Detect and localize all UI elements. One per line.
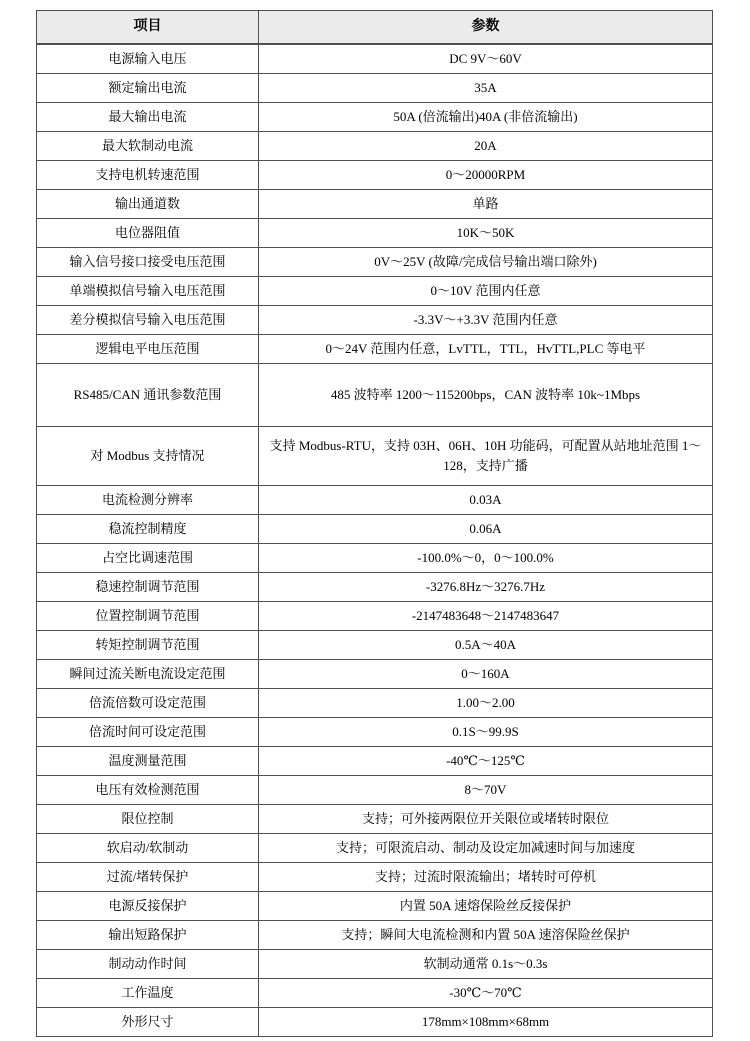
item-cell: 瞬间过流关断电流设定范围 bbox=[37, 660, 259, 689]
item-cell: 温度测量范围 bbox=[37, 747, 259, 776]
table-row: 最大输出电流50A (倍流输出)40A (非倍流输出) bbox=[37, 103, 713, 132]
value-cell: 支持；可外接两限位开关限位或堵转时限位 bbox=[259, 805, 713, 834]
table-row: 软启动/软制动支持；可限流启动、制动及设定加减速时间与加速度 bbox=[37, 834, 713, 863]
value-cell: DC 9V～60V bbox=[259, 44, 713, 74]
value-cell: 软制动通常 0.1s～0.3s bbox=[259, 950, 713, 979]
table-row: 电源反接保护内置 50A 速熔保险丝反接保护 bbox=[37, 892, 713, 921]
table-row: 限位控制支持；可外接两限位开关限位或堵转时限位 bbox=[37, 805, 713, 834]
item-cell: 输入信号接口接受电压范围 bbox=[37, 248, 259, 277]
item-cell: 输出通道数 bbox=[37, 190, 259, 219]
item-cell: 额定输出电流 bbox=[37, 74, 259, 103]
table-row: 单端模拟信号输入电压范围0～10V 范围内任意 bbox=[37, 277, 713, 306]
table-row: 稳流控制精度0.06A bbox=[37, 515, 713, 544]
item-cell: 电流检测分辨率 bbox=[37, 486, 259, 515]
spec-table: 项目 参数 电源输入电压DC 9V～60V额定输出电流35A最大输出电流50A … bbox=[36, 10, 713, 1037]
item-cell: 制动动作时间 bbox=[37, 950, 259, 979]
table-row: 工作温度-30℃～70℃ bbox=[37, 979, 713, 1008]
item-cell: 转矩控制调节范围 bbox=[37, 631, 259, 660]
table-row: 对 Modbus 支持情况支持 Modbus-RTU，支持 03H、06H、10… bbox=[37, 427, 713, 486]
table-row: 稳速控制调节范围-3276.8Hz～3276.7Hz bbox=[37, 573, 713, 602]
table-row: 输出通道数单路 bbox=[37, 190, 713, 219]
value-cell: 0.5A～40A bbox=[259, 631, 713, 660]
table-row: 制动动作时间软制动通常 0.1s～0.3s bbox=[37, 950, 713, 979]
value-cell: 0.03A bbox=[259, 486, 713, 515]
table-row: 电源输入电压DC 9V～60V bbox=[37, 44, 713, 74]
item-cell: 电压有效检测范围 bbox=[37, 776, 259, 805]
value-cell: 内置 50A 速熔保险丝反接保护 bbox=[259, 892, 713, 921]
table-row: 额定输出电流35A bbox=[37, 74, 713, 103]
item-cell: 工作温度 bbox=[37, 979, 259, 1008]
value-cell: 0.1S～99.9S bbox=[259, 718, 713, 747]
item-cell: 单端模拟信号输入电压范围 bbox=[37, 277, 259, 306]
item-cell: 输出短路保护 bbox=[37, 921, 259, 950]
table-row: 外形尺寸178mm×108mm×68mm bbox=[37, 1008, 713, 1037]
table-row: 温度测量范围-40℃～125℃ bbox=[37, 747, 713, 776]
header-row: 项目 参数 bbox=[37, 11, 713, 45]
table-row: 瞬间过流关断电流设定范围0～160A bbox=[37, 660, 713, 689]
value-cell: -100.0%～0，0～100.0% bbox=[259, 544, 713, 573]
value-cell: 0～20000RPM bbox=[259, 161, 713, 190]
table-row: 电压有效检测范围8～70V bbox=[37, 776, 713, 805]
item-cell: 电位器阻值 bbox=[37, 219, 259, 248]
value-cell: 50A (倍流输出)40A (非倍流输出) bbox=[259, 103, 713, 132]
value-cell: 0～160A bbox=[259, 660, 713, 689]
value-cell: 支持；可限流启动、制动及设定加减速时间与加速度 bbox=[259, 834, 713, 863]
value-cell: 0.06A bbox=[259, 515, 713, 544]
table-row: 位置控制调节范围-2147483648～2147483647 bbox=[37, 602, 713, 631]
value-cell: 10K～50K bbox=[259, 219, 713, 248]
spec-table-body: 电源输入电压DC 9V～60V额定输出电流35A最大输出电流50A (倍流输出)… bbox=[37, 44, 713, 1037]
value-cell: 35A bbox=[259, 74, 713, 103]
item-cell: 对 Modbus 支持情况 bbox=[37, 427, 259, 486]
value-cell: 178mm×108mm×68mm bbox=[259, 1008, 713, 1037]
header-value: 参数 bbox=[259, 11, 713, 45]
item-cell: 软启动/软制动 bbox=[37, 834, 259, 863]
value-cell: -30℃～70℃ bbox=[259, 979, 713, 1008]
value-cell: 支持 Modbus-RTU，支持 03H、06H、10H 功能码，可配置从站地址… bbox=[259, 427, 713, 486]
table-row: 逻辑电平电压范围0～24V 范围内任意，LvTTL，TTL，HvTTL,PLC … bbox=[37, 335, 713, 364]
table-row: 电流检测分辨率0.03A bbox=[37, 486, 713, 515]
item-cell: 电源反接保护 bbox=[37, 892, 259, 921]
item-cell: 稳速控制调节范围 bbox=[37, 573, 259, 602]
item-cell: RS485/CAN 通讯参数范围 bbox=[37, 364, 259, 427]
table-row: 电位器阻值10K～50K bbox=[37, 219, 713, 248]
item-cell: 稳流控制精度 bbox=[37, 515, 259, 544]
table-row: 转矩控制调节范围0.5A～40A bbox=[37, 631, 713, 660]
item-cell: 外形尺寸 bbox=[37, 1008, 259, 1037]
value-cell: 20A bbox=[259, 132, 713, 161]
item-cell: 倍流倍数可设定范围 bbox=[37, 689, 259, 718]
item-cell: 支持电机转速范围 bbox=[37, 161, 259, 190]
value-cell: 0～24V 范围内任意，LvTTL，TTL，HvTTL,PLC 等电平 bbox=[259, 335, 713, 364]
item-cell: 过流/堵转保护 bbox=[37, 863, 259, 892]
table-row: 支持电机转速范围0～20000RPM bbox=[37, 161, 713, 190]
table-row: 最大软制动电流20A bbox=[37, 132, 713, 161]
table-row: RS485/CAN 通讯参数范围485 波特率 1200～115200bps，C… bbox=[37, 364, 713, 427]
item-cell: 占空比调速范围 bbox=[37, 544, 259, 573]
spec-table-head: 项目 参数 bbox=[37, 11, 713, 45]
value-cell: 1.00～2.00 bbox=[259, 689, 713, 718]
table-row: 输出短路保护支持；瞬间大电流检测和内置 50A 速溶保险丝保护 bbox=[37, 921, 713, 950]
header-item: 项目 bbox=[37, 11, 259, 45]
value-cell: 单路 bbox=[259, 190, 713, 219]
item-cell: 逻辑电平电压范围 bbox=[37, 335, 259, 364]
value-cell: 0～10V 范围内任意 bbox=[259, 277, 713, 306]
table-row: 差分模拟信号输入电压范围-3.3V～+3.3V 范围内任意 bbox=[37, 306, 713, 335]
item-cell: 最大软制动电流 bbox=[37, 132, 259, 161]
value-cell: -40℃～125℃ bbox=[259, 747, 713, 776]
value-cell: 8～70V bbox=[259, 776, 713, 805]
item-cell: 限位控制 bbox=[37, 805, 259, 834]
item-cell: 电源输入电压 bbox=[37, 44, 259, 74]
value-cell: -3.3V～+3.3V 范围内任意 bbox=[259, 306, 713, 335]
value-cell: -3276.8Hz～3276.7Hz bbox=[259, 573, 713, 602]
table-row: 输入信号接口接受电压范围0V～25V (故障/完成信号输出端口除外) bbox=[37, 248, 713, 277]
value-cell: 485 波特率 1200～115200bps，CAN 波特率 10k~1Mbps bbox=[259, 364, 713, 427]
value-cell: 支持；瞬间大电流检测和内置 50A 速溶保险丝保护 bbox=[259, 921, 713, 950]
table-row: 过流/堵转保护支持；过流时限流输出；堵转时可停机 bbox=[37, 863, 713, 892]
value-cell: 0V～25V (故障/完成信号输出端口除外) bbox=[259, 248, 713, 277]
table-row: 占空比调速范围-100.0%～0，0～100.0% bbox=[37, 544, 713, 573]
item-cell: 倍流时间可设定范围 bbox=[37, 718, 259, 747]
value-cell: 支持；过流时限流输出；堵转时可停机 bbox=[259, 863, 713, 892]
spec-table-container: 项目 参数 电源输入电压DC 9V～60V额定输出电流35A最大输出电流50A … bbox=[36, 10, 712, 1037]
item-cell: 差分模拟信号输入电压范围 bbox=[37, 306, 259, 335]
table-row: 倍流时间可设定范围0.1S～99.9S bbox=[37, 718, 713, 747]
value-cell: -2147483648～2147483647 bbox=[259, 602, 713, 631]
item-cell: 位置控制调节范围 bbox=[37, 602, 259, 631]
item-cell: 最大输出电流 bbox=[37, 103, 259, 132]
table-row: 倍流倍数可设定范围1.00～2.00 bbox=[37, 689, 713, 718]
